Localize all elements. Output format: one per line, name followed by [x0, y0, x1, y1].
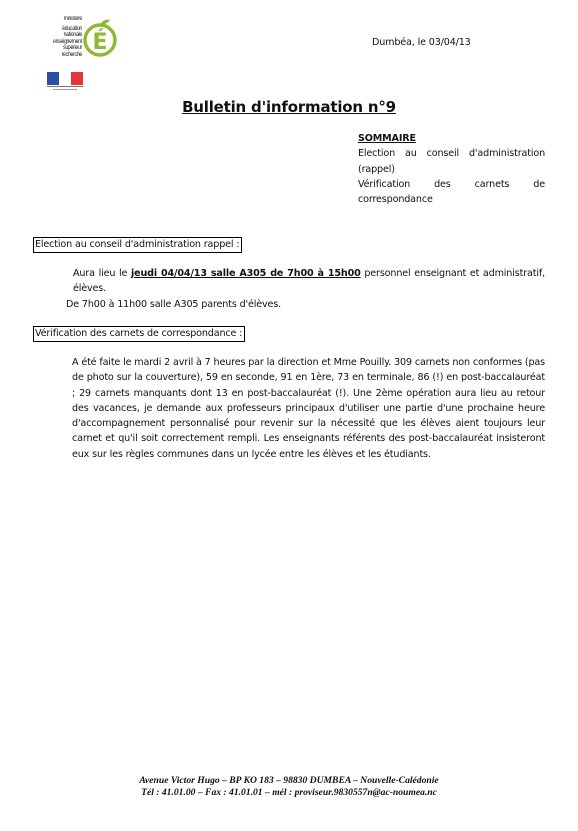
page-title: Bulletin d'information n°9	[0, 98, 578, 116]
ministry-line: recherche	[45, 52, 82, 59]
election-highlight: jeudi 04/04/13 salle A305 de 7h00 à 15h0…	[131, 268, 361, 279]
flag-blue-band	[47, 72, 59, 85]
flag-white-band	[59, 72, 71, 85]
footer-line-contact: Tél : 41.01.00 – Fax : 41.01.01 – mél : …	[0, 787, 578, 799]
ministry-name: ministère éducation nationale enseigneme…	[45, 16, 82, 59]
election-text: Aura lieu le	[73, 268, 131, 279]
date-line: Dumbéa, le 03/04/13	[372, 37, 471, 48]
republic-flag-logo	[47, 72, 83, 92]
ministry-line: enseignement	[45, 39, 82, 46]
summary-item: Vérification des carnets de correspondan…	[358, 177, 545, 208]
section-label-election: Election au conseil d'administration rap…	[33, 237, 242, 253]
flag-caption-sub	[53, 89, 77, 90]
flag-red-band	[71, 72, 83, 85]
election-line: Aura lieu le jeudi 04/04/13 salle A305 d…	[33, 266, 545, 297]
flag-caption	[47, 86, 83, 87]
section-label-verification: Vérification des carnets de correspondan…	[33, 326, 245, 342]
ministry-line: supérieur	[45, 45, 82, 52]
summary-heading: SOMMAIRE	[358, 131, 545, 146]
footer-line-address: Avenue Victor Hugo – BP KO 183 – 98830 D…	[0, 775, 578, 787]
election-parents-line: De 7h00 à 11h00 salle A305 parents d'élè…	[33, 297, 545, 312]
footer-address: Avenue Victor Hugo – BP KO 183 – 98830 D…	[0, 775, 578, 799]
summary-item: Election au conseil d'administration (ra…	[358, 146, 545, 177]
election-paragraph: Aura lieu le jeudi 04/04/13 salle A305 d…	[33, 266, 545, 312]
ministry-line: nationale	[45, 32, 82, 39]
ministry-line: éducation	[45, 26, 82, 33]
verification-paragraph: A été faite le mardi 2 avril à 7 heures …	[72, 355, 545, 462]
apple-e-logo-icon: É	[82, 18, 118, 58]
ministry-logo: ministère éducation nationale enseigneme…	[38, 14, 118, 66]
svg-text:É: É	[92, 29, 107, 55]
summary-box: SOMMAIRE Election au conseil d'administr…	[358, 131, 545, 207]
ministry-line: ministère	[45, 16, 82, 23]
